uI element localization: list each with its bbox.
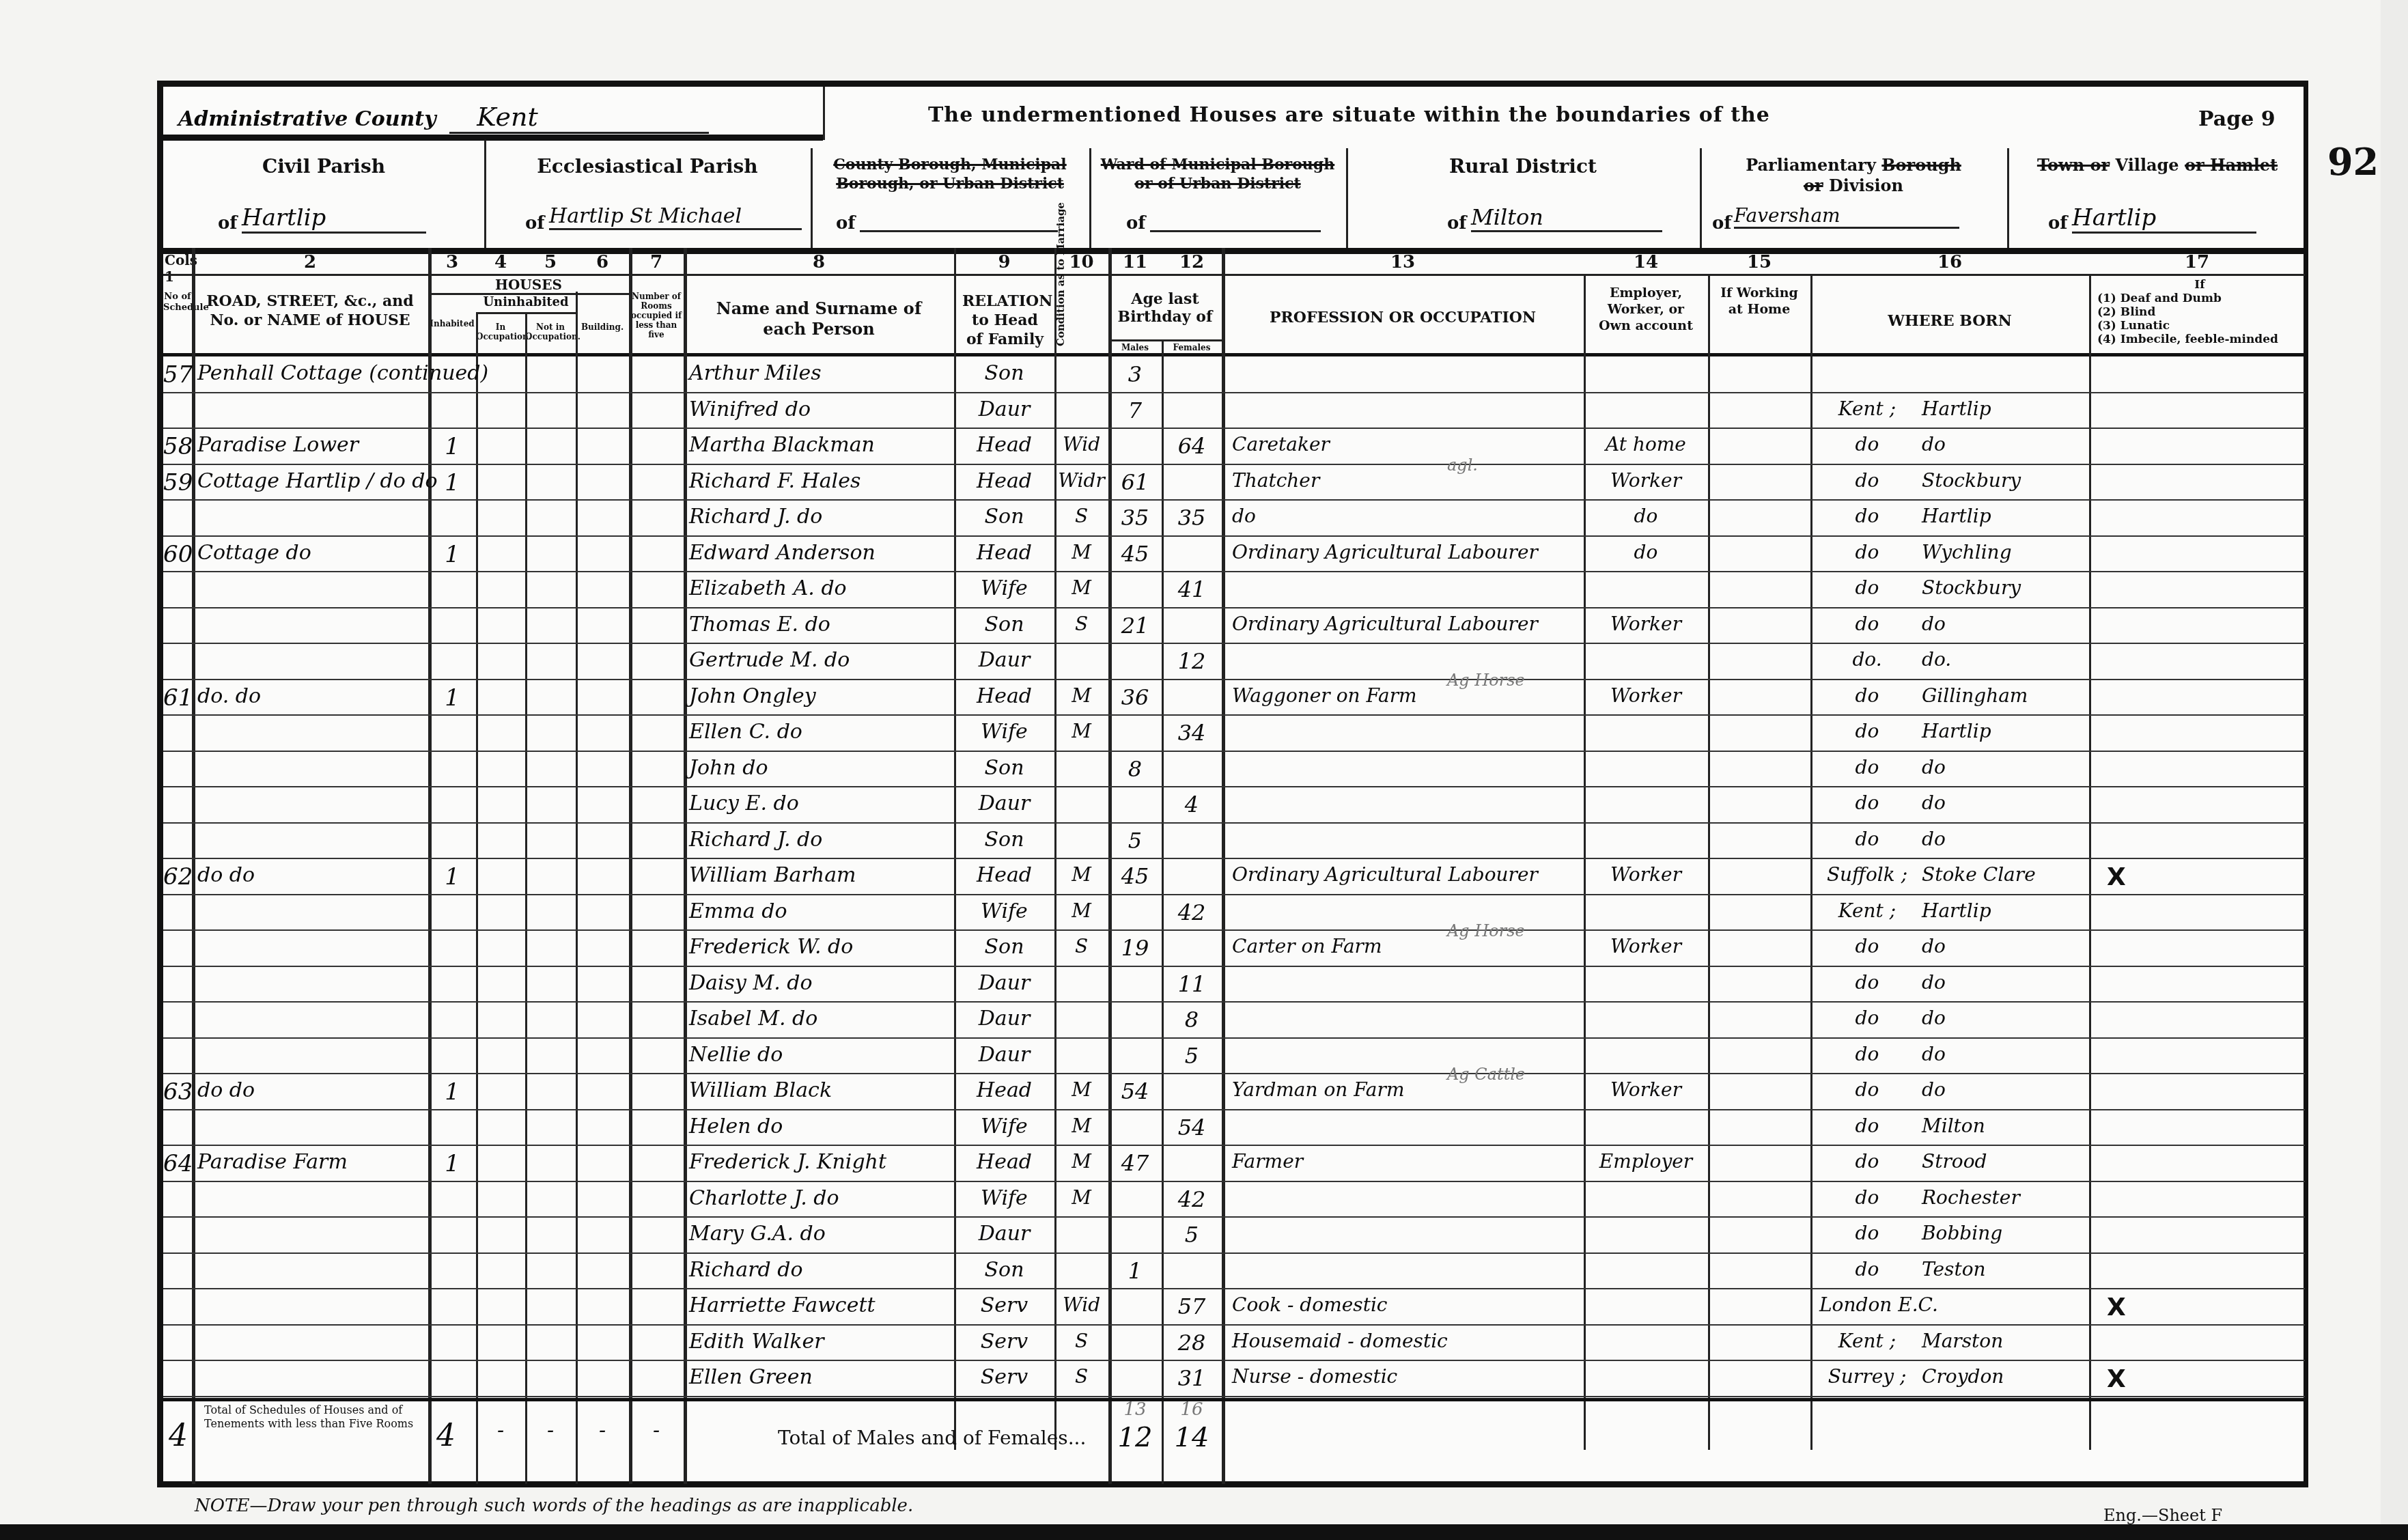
cell-born-b: do [1922, 433, 2086, 456]
cell-name: John do [689, 756, 954, 780]
cell-condition: S [1054, 1330, 1108, 1352]
cell-relation: Daur [954, 971, 1054, 995]
parliamentary-value: Faversham [1734, 204, 1959, 229]
cell-occupation: Farmer [1232, 1150, 1580, 1173]
cell-occupation-annotation: Ag Horse [1447, 671, 1525, 690]
cell-born-b: Hartlip [1922, 720, 2086, 742]
scan-border [0, 1524, 2408, 1540]
cell-occupation: Caretaker [1232, 433, 1580, 456]
cell-address: Penhall Cottage (continued) [197, 361, 428, 385]
table-row: Gertrude M. doDaur12do.do. [163, 644, 2305, 680]
table-row: 61do. do1John OngleyHeadM36Waggoner on F… [163, 680, 2305, 716]
cell-condition: M [1054, 1115, 1108, 1137]
cell-relation: Daur [954, 1222, 1054, 1246]
cell-condition: M [1054, 1078, 1108, 1101]
cell-age-m: 7 [1108, 397, 1162, 423]
cell-born-a: do [1819, 613, 1915, 635]
cell-condition: M [1054, 576, 1108, 599]
cell-born-a: do [1819, 433, 1915, 456]
infirmity-option-2: (2) Blind [2097, 305, 2302, 319]
cell-relation: Wife [954, 899, 1054, 923]
cell-condition: Wid [1054, 433, 1108, 456]
cell-name: Richard F. Hales [689, 469, 954, 493]
cell-schedule: 61 [163, 684, 192, 712]
cell-relation: Serv [954, 1365, 1054, 1389]
col-heading-inhabited: Inhabited [428, 319, 476, 328]
cell-relation: Daur [954, 648, 1054, 672]
county-borough-label-line1: County Borough, Municipal [811, 155, 1089, 174]
cell-occupation: Ordinary Agricultural Labourer [1232, 613, 1580, 635]
cell-infirmity: X [2096, 1293, 2137, 1321]
cell-relation: Daur [954, 792, 1054, 815]
cell-born-b: Bobbing [1922, 1222, 2086, 1244]
col-heading-employment: Employer, Worker, or Own account [1591, 285, 1701, 334]
county-borough-prefix: of [836, 213, 856, 234]
cell-born-a: do [1819, 720, 1915, 742]
administrative-county-label: Administrative County [178, 107, 436, 131]
col-number-4: 4 [476, 252, 525, 272]
village-label-town: Town or [2037, 155, 2110, 175]
col-number-2: 2 [192, 252, 428, 272]
table-row: 58Paradise Lower1Martha BlackmanHeadWid6… [163, 429, 2305, 465]
cell-born-a: do [1819, 1186, 1915, 1209]
county-borough-label-line2: Borough, or Urban District [811, 174, 1089, 193]
infirmity-option-1: (1) Deaf and Dumb [2097, 292, 2302, 305]
col-number-13: 13 [1222, 252, 1584, 272]
census-form: Administrative County Kent The underment… [157, 81, 2308, 1487]
col-heading-address: ROAD, STREET, &c., and No. or NAME of HO… [197, 292, 423, 330]
page-label: Page 9 [2198, 107, 2276, 131]
cell-born-b: Hartlip [1922, 397, 2086, 420]
cell-born-a: do [1819, 1222, 1915, 1244]
cell-born-a: do [1819, 541, 1915, 563]
ward-label-line1: Ward of Municipal Borough [1089, 155, 1346, 174]
cell-born-b: Stoke Clare [1922, 863, 2086, 886]
cell-born-a: do [1819, 469, 1915, 492]
table-row: Frederick W. doSonS19Carter on FarmWorke… [163, 931, 2305, 967]
cell-born-a: Kent ; [1819, 1330, 1915, 1352]
cell-occupation: Yardman on Farm [1232, 1078, 1580, 1101]
cell-born-a: Kent ; [1819, 397, 1915, 420]
village-label-hamlet: or Hamlet [2185, 155, 2278, 175]
cell-age-m: 3 [1108, 361, 1162, 387]
table-row: 60Cottage do1Edward AndersonHeadM45Ordin… [163, 537, 2305, 573]
cell-born-b: do [1922, 935, 2086, 957]
col-heading-not-in-occupation: Not in Occupation. [525, 322, 576, 341]
cell-employment: do [1584, 505, 1708, 527]
cell-born-b: do [1922, 971, 2086, 994]
cell-name: Daisy M. do [689, 971, 954, 995]
cell-inhabited: 1 [428, 433, 476, 460]
cell-condition: M [1054, 1186, 1108, 1209]
cell-name: Edith Walker [689, 1330, 954, 1354]
table-row: Nellie doDaur5dodo [163, 1039, 2305, 1075]
cell-occupation: Ordinary Agricultural Labourer [1232, 541, 1580, 563]
county-borough-label: County Borough, Municipal Borough, or Ur… [811, 155, 1089, 193]
cell-born-b: do [1922, 1078, 2086, 1101]
total-schedules: 4 [169, 1418, 188, 1453]
cell-name: Charlotte J. do [689, 1186, 954, 1210]
cell-name: Nellie do [689, 1043, 954, 1067]
cell-born-a: do [1819, 792, 1915, 814]
footer-note: NOTE—Draw your pen through such words of… [195, 1496, 913, 1516]
col-number-1: Cols 1 [165, 252, 192, 285]
cell-age-f: 5 [1162, 1222, 1222, 1248]
cell-born-a: do [1819, 935, 1915, 957]
cell-name: Frederick J. Knight [689, 1150, 954, 1174]
cell-age-f: 31 [1162, 1365, 1222, 1391]
parliamentary-prefix: of [1712, 213, 1732, 234]
col-heading-infirmity: If (1) Deaf and Dumb (2) Blind (3) Lunat… [2097, 278, 2302, 346]
table-row: Ellen GreenServS31Nurse - domesticSurrey… [163, 1361, 2305, 1397]
col-heading-age: Age last Birthday of [1108, 290, 1222, 326]
table-row: 62do do1William BarhamHeadM45Ordinary Ag… [163, 859, 2305, 895]
cell-relation: Son [954, 505, 1054, 529]
table-row: Harriette FawcettServWid57Cook - domesti… [163, 1289, 2305, 1326]
col-number-9: 9 [954, 252, 1054, 272]
cell-condition: M [1054, 1150, 1108, 1173]
cell-age-f: 4 [1162, 792, 1222, 817]
table-row: Elizabeth A. doWifeM41doStockbury [163, 572, 2305, 608]
cell-schedule: 58 [163, 433, 192, 460]
cell-relation: Serv [954, 1330, 1054, 1354]
cell-inhabited: 1 [428, 469, 476, 496]
total-schedules-label: Total of Schedules of Houses and of Tene… [204, 1403, 423, 1431]
cell-relation: Wife [954, 1186, 1054, 1210]
cell-inhabited: 1 [428, 684, 476, 712]
col-number-7: 7 [629, 252, 684, 272]
cell-relation: Daur [954, 397, 1054, 421]
table-row: Winifred doDaur7Kent ;Hartlip [163, 393, 2305, 430]
total-males-pencil: 13 [1108, 1399, 1162, 1420]
cell-employment: At home [1584, 433, 1708, 456]
cell-name: Helen do [689, 1115, 954, 1138]
cell-born-b: Hartlip [1922, 505, 2086, 527]
cell-occupation: Carter on Farm [1232, 935, 1580, 957]
col-number-15: 15 [1708, 252, 1810, 272]
cell-inhabited: 1 [428, 863, 476, 891]
cell-born-b: Marston [1922, 1330, 2086, 1352]
cell-name: Emma do [689, 899, 954, 923]
cell-age-f: 64 [1162, 433, 1222, 459]
administrative-county-label-wrap: Administrative County Kent [178, 102, 709, 134]
col-number-12: 12 [1162, 252, 1222, 272]
age-rule [1108, 339, 1222, 341]
footer-sheet: Eng.—Sheet F [2103, 1506, 2222, 1525]
ward-value-line [1150, 230, 1321, 232]
table-row: Charlotte J. doWifeM42doRochester [163, 1182, 2305, 1218]
cell-relation: Son [954, 828, 1054, 852]
cell-age-f: 54 [1162, 1115, 1222, 1140]
cell-born-b: Strood [1922, 1150, 2086, 1173]
cell-relation: Serv [954, 1293, 1054, 1317]
cell-employment: Employer [1584, 1150, 1708, 1173]
cell-condition: Widr [1054, 469, 1108, 492]
row-rule [163, 1396, 2305, 1397]
cell-infirmity: X [2096, 863, 2137, 891]
cell-age-f: 35 [1162, 505, 1222, 531]
cell-relation: Wife [954, 720, 1054, 744]
boundaries-title: The undermentioned Houses are situate wi… [928, 103, 1770, 127]
cell-condition: S [1054, 935, 1108, 957]
cell-name: Isabel M. do [689, 1007, 954, 1031]
cell-occupation-annotation: Ag Cattle [1447, 1065, 1525, 1084]
cell-condition: M [1054, 684, 1108, 707]
col-number-rule [163, 274, 2305, 276]
cell-occupation: Waggoner on Farm [1232, 684, 1580, 707]
infirmity-option-3: (3) Lunatic [2097, 319, 2302, 333]
cell-condition: S [1054, 613, 1108, 635]
total-not-in-occupation: - [525, 1418, 576, 1442]
cell-born-b: Croydon [1922, 1365, 2086, 1388]
civil-parish-value: Hartlip [242, 204, 426, 234]
cell-born-a: do [1819, 505, 1915, 527]
cell-born-b: do [1922, 828, 2086, 850]
cell-name: Mary G.A. do [689, 1222, 954, 1246]
cell-age-m: 61 [1108, 469, 1162, 495]
cell-name: Richard J. do [689, 505, 954, 529]
cell-age-m: 1 [1108, 1258, 1162, 1284]
ward-prefix: of [1126, 213, 1146, 234]
cell-age-f: 8 [1162, 1007, 1222, 1033]
cell-occupation: do [1232, 505, 1580, 527]
table-row: Richard J. doSon5dodo [163, 824, 2305, 860]
cell-age-m: 35 [1108, 505, 1162, 531]
cell-condition: M [1054, 720, 1108, 742]
parliamentary-label-or: or [1804, 176, 1823, 195]
cell-schedule: 64 [163, 1150, 192, 1177]
cell-occupation-annotation: Ag Horse [1447, 921, 1525, 940]
cell-inhabited: 1 [428, 541, 476, 568]
table-row: 57Penhall Cottage (continued)Arthur Mile… [163, 357, 2305, 393]
cell-age-f: 12 [1162, 648, 1222, 674]
cell-employment: do [1584, 541, 1708, 563]
total-rooms: - [629, 1418, 684, 1442]
cell-name: Frederick W. do [689, 935, 954, 959]
cell-age-m: 8 [1108, 756, 1162, 782]
col-heading-in-occupation: In Occupation. [476, 322, 525, 341]
cell-relation: Daur [954, 1007, 1054, 1031]
col-number-8: 8 [684, 252, 954, 272]
cell-relation: Head [954, 684, 1054, 708]
cell-name: Ellen Green [689, 1365, 954, 1389]
ecclesiastical-parish-value: Hartlip St Michael [549, 204, 802, 230]
parliamentary-label-division: Division [1829, 176, 1903, 195]
cell-born-a: Suffolk ; [1819, 863, 1915, 886]
cell-age-f: 41 [1162, 576, 1222, 602]
cell-employment: Worker [1584, 469, 1708, 492]
parliamentary-label-struck: Borough [1881, 155, 1961, 175]
cell-born-b: do. [1922, 648, 2086, 671]
cell-relation: Son [954, 613, 1054, 636]
table-row: Daisy M. doDaur11dodo [163, 967, 2305, 1003]
cell-schedule: 63 [163, 1078, 192, 1106]
table-row: Edith WalkerServS28Housemaid - domesticK… [163, 1326, 2305, 1362]
col-heading-uninhabited: Uninhabited [476, 295, 576, 309]
cell-address: Paradise Lower [197, 433, 428, 457]
cell-relation: Son [954, 756, 1054, 780]
table-row: Mary G.A. doDaur5doBobbing [163, 1218, 2305, 1254]
infirmity-if: If [2097, 278, 2302, 292]
rural-district-label: Rural District [1346, 155, 1700, 178]
cell-address: Cottage do [197, 541, 428, 565]
table-row: Ellen C. doWifeM34doHartlip [163, 716, 2305, 752]
cell-born-b: Stockbury [1922, 469, 2086, 492]
cell-relation: Head [954, 1078, 1054, 1102]
cell-born-b: Hartlip [1922, 899, 2086, 922]
col-heading-building: Building. [576, 322, 629, 332]
cell-age-m: 45 [1108, 863, 1162, 889]
cell-relation: Head [954, 1150, 1054, 1174]
cell-born-a: do [1819, 1150, 1915, 1173]
cell-born-a: do [1819, 1043, 1915, 1065]
table-row: 64Paradise Farm1Frederick J. KnightHeadM… [163, 1146, 2305, 1182]
cell-employment: Worker [1584, 1078, 1708, 1101]
headings-bottom-rule [163, 353, 2305, 356]
cell-born-a: do [1819, 1007, 1915, 1029]
cell-age-f: 57 [1162, 1293, 1222, 1319]
table-row: Richard doSon1doTeston [163, 1254, 2305, 1290]
cell-condition: M [1054, 541, 1108, 563]
cell-name: Richard J. do [689, 828, 954, 852]
cell-occupation: Ordinary Agricultural Labourer [1232, 863, 1580, 886]
cell-address: Paradise Farm [197, 1150, 428, 1174]
table-row: Isabel M. doDaur8dodo [163, 1003, 2305, 1039]
cell-born-b: Rochester [1922, 1186, 2086, 1209]
cell-age-f: 5 [1162, 1043, 1222, 1069]
table-row: John doSon8dodo [163, 752, 2305, 788]
cell-relation: Son [954, 935, 1054, 959]
cell-schedule: 57 [163, 361, 192, 389]
cell-born-a: London E.C. [1819, 1293, 1915, 1316]
cell-born-b: Stockbury [1922, 576, 2086, 599]
table-row: Richard J. doSonS3535dododoHartlip [163, 501, 2305, 537]
cell-name: Ellen C. do [689, 720, 954, 744]
col-number-11: 11 [1108, 252, 1162, 272]
cell-age-f: 34 [1162, 720, 1222, 746]
cell-occupation-annotation: agl. [1447, 456, 1478, 475]
cell-born-b: do [1922, 1007, 2086, 1029]
cell-age-f: 11 [1162, 971, 1222, 997]
cell-born-a: Surrey ; [1819, 1365, 1915, 1388]
total-males-females-label: Total of Males and of Females... [778, 1427, 1086, 1449]
cell-address: do do [197, 1078, 428, 1102]
cell-name: Richard do [689, 1258, 954, 1282]
cell-age-m: 47 [1108, 1150, 1162, 1176]
cell-born-b: Wychling [1922, 541, 2086, 563]
cell-relation: Head [954, 863, 1054, 887]
cell-schedule: 59 [163, 469, 192, 496]
cell-name: Harriette Fawcett [689, 1293, 954, 1317]
cell-born-b: do [1922, 613, 2086, 635]
cell-occupation: Housemaid - domestic [1232, 1330, 1580, 1352]
cell-born-a: do [1819, 684, 1915, 707]
table-row: Lucy E. doDaur4dodo [163, 787, 2305, 824]
infirmity-option-4: (4) Imbecile, feeble-minded [2097, 333, 2302, 346]
cell-age-f: 28 [1162, 1330, 1222, 1356]
cell-employment: Worker [1584, 935, 1708, 957]
cell-born-a: do [1819, 1258, 1915, 1280]
cell-born-a: do [1819, 828, 1915, 850]
cell-born-b: do [1922, 1043, 2086, 1065]
cell-born-b: Gillingham [1922, 684, 2086, 707]
cell-age-f: 42 [1162, 1186, 1222, 1212]
cell-relation: Son [954, 1258, 1054, 1282]
cell-name: William Black [689, 1078, 954, 1102]
col-heading-schedule: No of Schedule [163, 292, 192, 313]
census-page: 92 Administrative County Kent The underm… [0, 0, 2408, 1540]
cell-relation: Son [954, 361, 1054, 385]
cell-born-a: do [1819, 1078, 1915, 1101]
paper-edge [2381, 0, 2408, 1540]
table-row: 63do do1William BlackHeadM54Yardman on F… [163, 1074, 2305, 1110]
col-number-14: 14 [1584, 252, 1708, 272]
col-heading-females: Females [1162, 343, 1222, 352]
ecclesiastical-parish-prefix: of [525, 213, 545, 234]
cell-age-f: 42 [1162, 899, 1222, 925]
col-number-16: 16 [1810, 252, 2089, 272]
cell-born-b: Teston [1922, 1258, 2086, 1280]
cell-name: Arthur Miles [689, 361, 954, 385]
cell-born-b: do [1922, 792, 2086, 814]
civil-parish-label: Civil Parish [163, 155, 484, 178]
cell-schedule: 60 [163, 541, 192, 568]
cell-condition: S [1054, 1365, 1108, 1388]
rural-district-value: Milton [1471, 204, 1662, 232]
village-label: Town or Village or Hamlet [2007, 155, 2308, 175]
cell-born-a: do. [1819, 648, 1915, 671]
totals-top-rule [163, 1398, 2305, 1401]
table-row: Thomas E. doSonS21Ordinary Agricultural … [163, 608, 2305, 645]
col-heading-working-home: If Working at Home [1717, 285, 1802, 318]
col-heading-rooms: Number of Rooms occupied if less than fi… [629, 292, 684, 339]
ecclesiastical-parish-label: Ecclesiastical Parish [484, 155, 811, 178]
rural-district-prefix: of [1447, 213, 1467, 234]
col-number-6: 6 [576, 252, 629, 272]
cell-age-m: 54 [1108, 1078, 1162, 1104]
table-row: Emma doWifeM42Kent ;Hartlip [163, 895, 2305, 932]
cell-name: Martha Blackman [689, 433, 954, 457]
cell-inhabited: 1 [428, 1078, 476, 1106]
cell-born-a: do [1819, 971, 1915, 994]
col-number-5: 5 [525, 252, 576, 272]
cell-name: Winifred do [689, 397, 954, 421]
col-heading-relation: RELATION to Head of Family [962, 292, 1048, 349]
cell-schedule: 62 [163, 863, 192, 891]
col-number-3: 3 [428, 252, 476, 272]
cell-relation: Daur [954, 1043, 1054, 1067]
col-heading-occupation: PROFESSION OR OCCUPATION [1222, 309, 1584, 326]
village-label-village: Village [2115, 155, 2179, 175]
cell-relation: Head [954, 469, 1054, 493]
cell-age-m: 5 [1108, 828, 1162, 854]
cell-relation: Head [954, 433, 1054, 457]
total-in-occupation: - [476, 1418, 525, 1442]
col-heading-houses: HOUSES [428, 277, 629, 293]
ward-label: Ward of Municipal Borough or of Urban Di… [1089, 155, 1346, 193]
county-borough-value-line [860, 230, 1058, 232]
cell-born-b: do [1922, 756, 2086, 779]
administrative-county-value: Kent [449, 102, 709, 134]
cell-born-a: do [1819, 756, 1915, 779]
col-number-17: 17 [2089, 252, 2305, 272]
cell-occupation: Cook - domestic [1232, 1293, 1580, 1316]
cell-age-m: 19 [1108, 935, 1162, 961]
total-building: - [576, 1418, 629, 1442]
cell-name: Gertrude M. do [689, 648, 954, 672]
total-inhabited: 4 [436, 1418, 456, 1453]
cell-inhabited: 1 [428, 1150, 476, 1177]
